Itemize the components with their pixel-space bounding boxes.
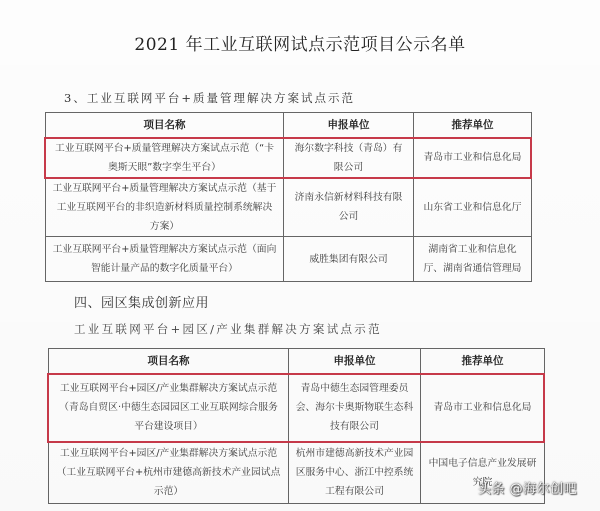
applicant-cell: 威胜集团有限公司: [284, 237, 414, 282]
project-cell: 工业互联网平台+园区/产业集群解决方案试点示范（工业互联网平台+杭州市建德高新技…: [49, 442, 289, 504]
watermark-label: 头条 @海尔创吧: [478, 478, 577, 497]
document-title: 2021 年工业互联网试点示范项目公示名单: [0, 30, 600, 55]
section-4-subheading: 工业互联网平台+园区/产业集群解决方案试点示范: [74, 321, 382, 337]
project-cell: 工业互联网平台+园区/产业集群解决方案试点示范（青岛自贸区·中德生态园园区工业互…: [49, 374, 289, 442]
section-3-heading: 3、工业互联网平台+质量管理解决方案试点示范: [64, 90, 355, 106]
project-cell: 工业互联网平台+质量管理解决方案试点示范（面向智能计量产品的数字化质量平台）: [46, 237, 284, 282]
recommender-cell: 青岛市工业和信息化局: [421, 374, 545, 442]
column-header-recommender: 推荐单位: [421, 349, 545, 374]
project-cell: 工业互联网平台+质量管理解决方案试点示范（“卡奥斯天眼”数字孪生平台）: [46, 138, 284, 178]
recommender-cell: 山东省工业和信息化厅: [414, 178, 532, 237]
table-row: 工业互联网平台+园区/产业集群解决方案试点示范（青岛自贸区·中德生态园园区工业互…: [49, 374, 545, 442]
recommender-cell: 青岛市工业和信息化局: [414, 138, 532, 178]
table-row: 工业互联网平台+园区/产业集群解决方案试点示范（工业互联网平台+杭州市建德高新技…: [49, 442, 545, 504]
table-row: 工业互联网平台+质量管理解决方案试点示范（基于工业互联网平台的非织造新材料质量控…: [46, 178, 532, 237]
recommender-cell: 湖南省工业和信息化厅、湖南省通信管理局: [414, 237, 532, 282]
column-header-applicant: 申报单位: [289, 349, 421, 374]
column-header-project: 项目名称: [49, 349, 289, 374]
table-header-row: 项目名称 申报单位 推荐单位: [46, 113, 532, 138]
section-3-table: 项目名称 申报单位 推荐单位 工业互联网平台+质量管理解决方案试点示范（“卡奥斯…: [45, 112, 532, 282]
column-header-recommender: 推荐单位: [414, 113, 532, 138]
table-header-row: 项目名称 申报单位 推荐单位: [49, 349, 545, 374]
table-row: 工业互联网平台+质量管理解决方案试点示范（“卡奥斯天眼”数字孪生平台） 海尔数字…: [46, 138, 532, 178]
applicant-cell: 海尔数字科技（青岛）有限公司: [284, 138, 414, 178]
section-4-heading: 四、园区集成创新应用: [74, 292, 209, 311]
applicant-cell: 青岛中德生态园管理委员会、海尔卡奥斯物联生态科技有限公司: [289, 374, 421, 442]
column-header-project: 项目名称: [46, 113, 284, 138]
applicant-cell: 济南永信新材料科技有限公司: [284, 178, 414, 237]
applicant-cell: 杭州市建德高新技术产业园区服务中心、浙江中控系统工程有限公司: [289, 442, 421, 504]
column-header-applicant: 申报单位: [284, 113, 414, 138]
table-row: 工业互联网平台+质量管理解决方案试点示范（面向智能计量产品的数字化质量平台） 威…: [46, 237, 532, 282]
section-4-table: 项目名称 申报单位 推荐单位 工业互联网平台+园区/产业集群解决方案试点示范（青…: [48, 348, 545, 504]
project-cell: 工业互联网平台+质量管理解决方案试点示范（基于工业互联网平台的非织造新材料质量控…: [46, 178, 284, 237]
